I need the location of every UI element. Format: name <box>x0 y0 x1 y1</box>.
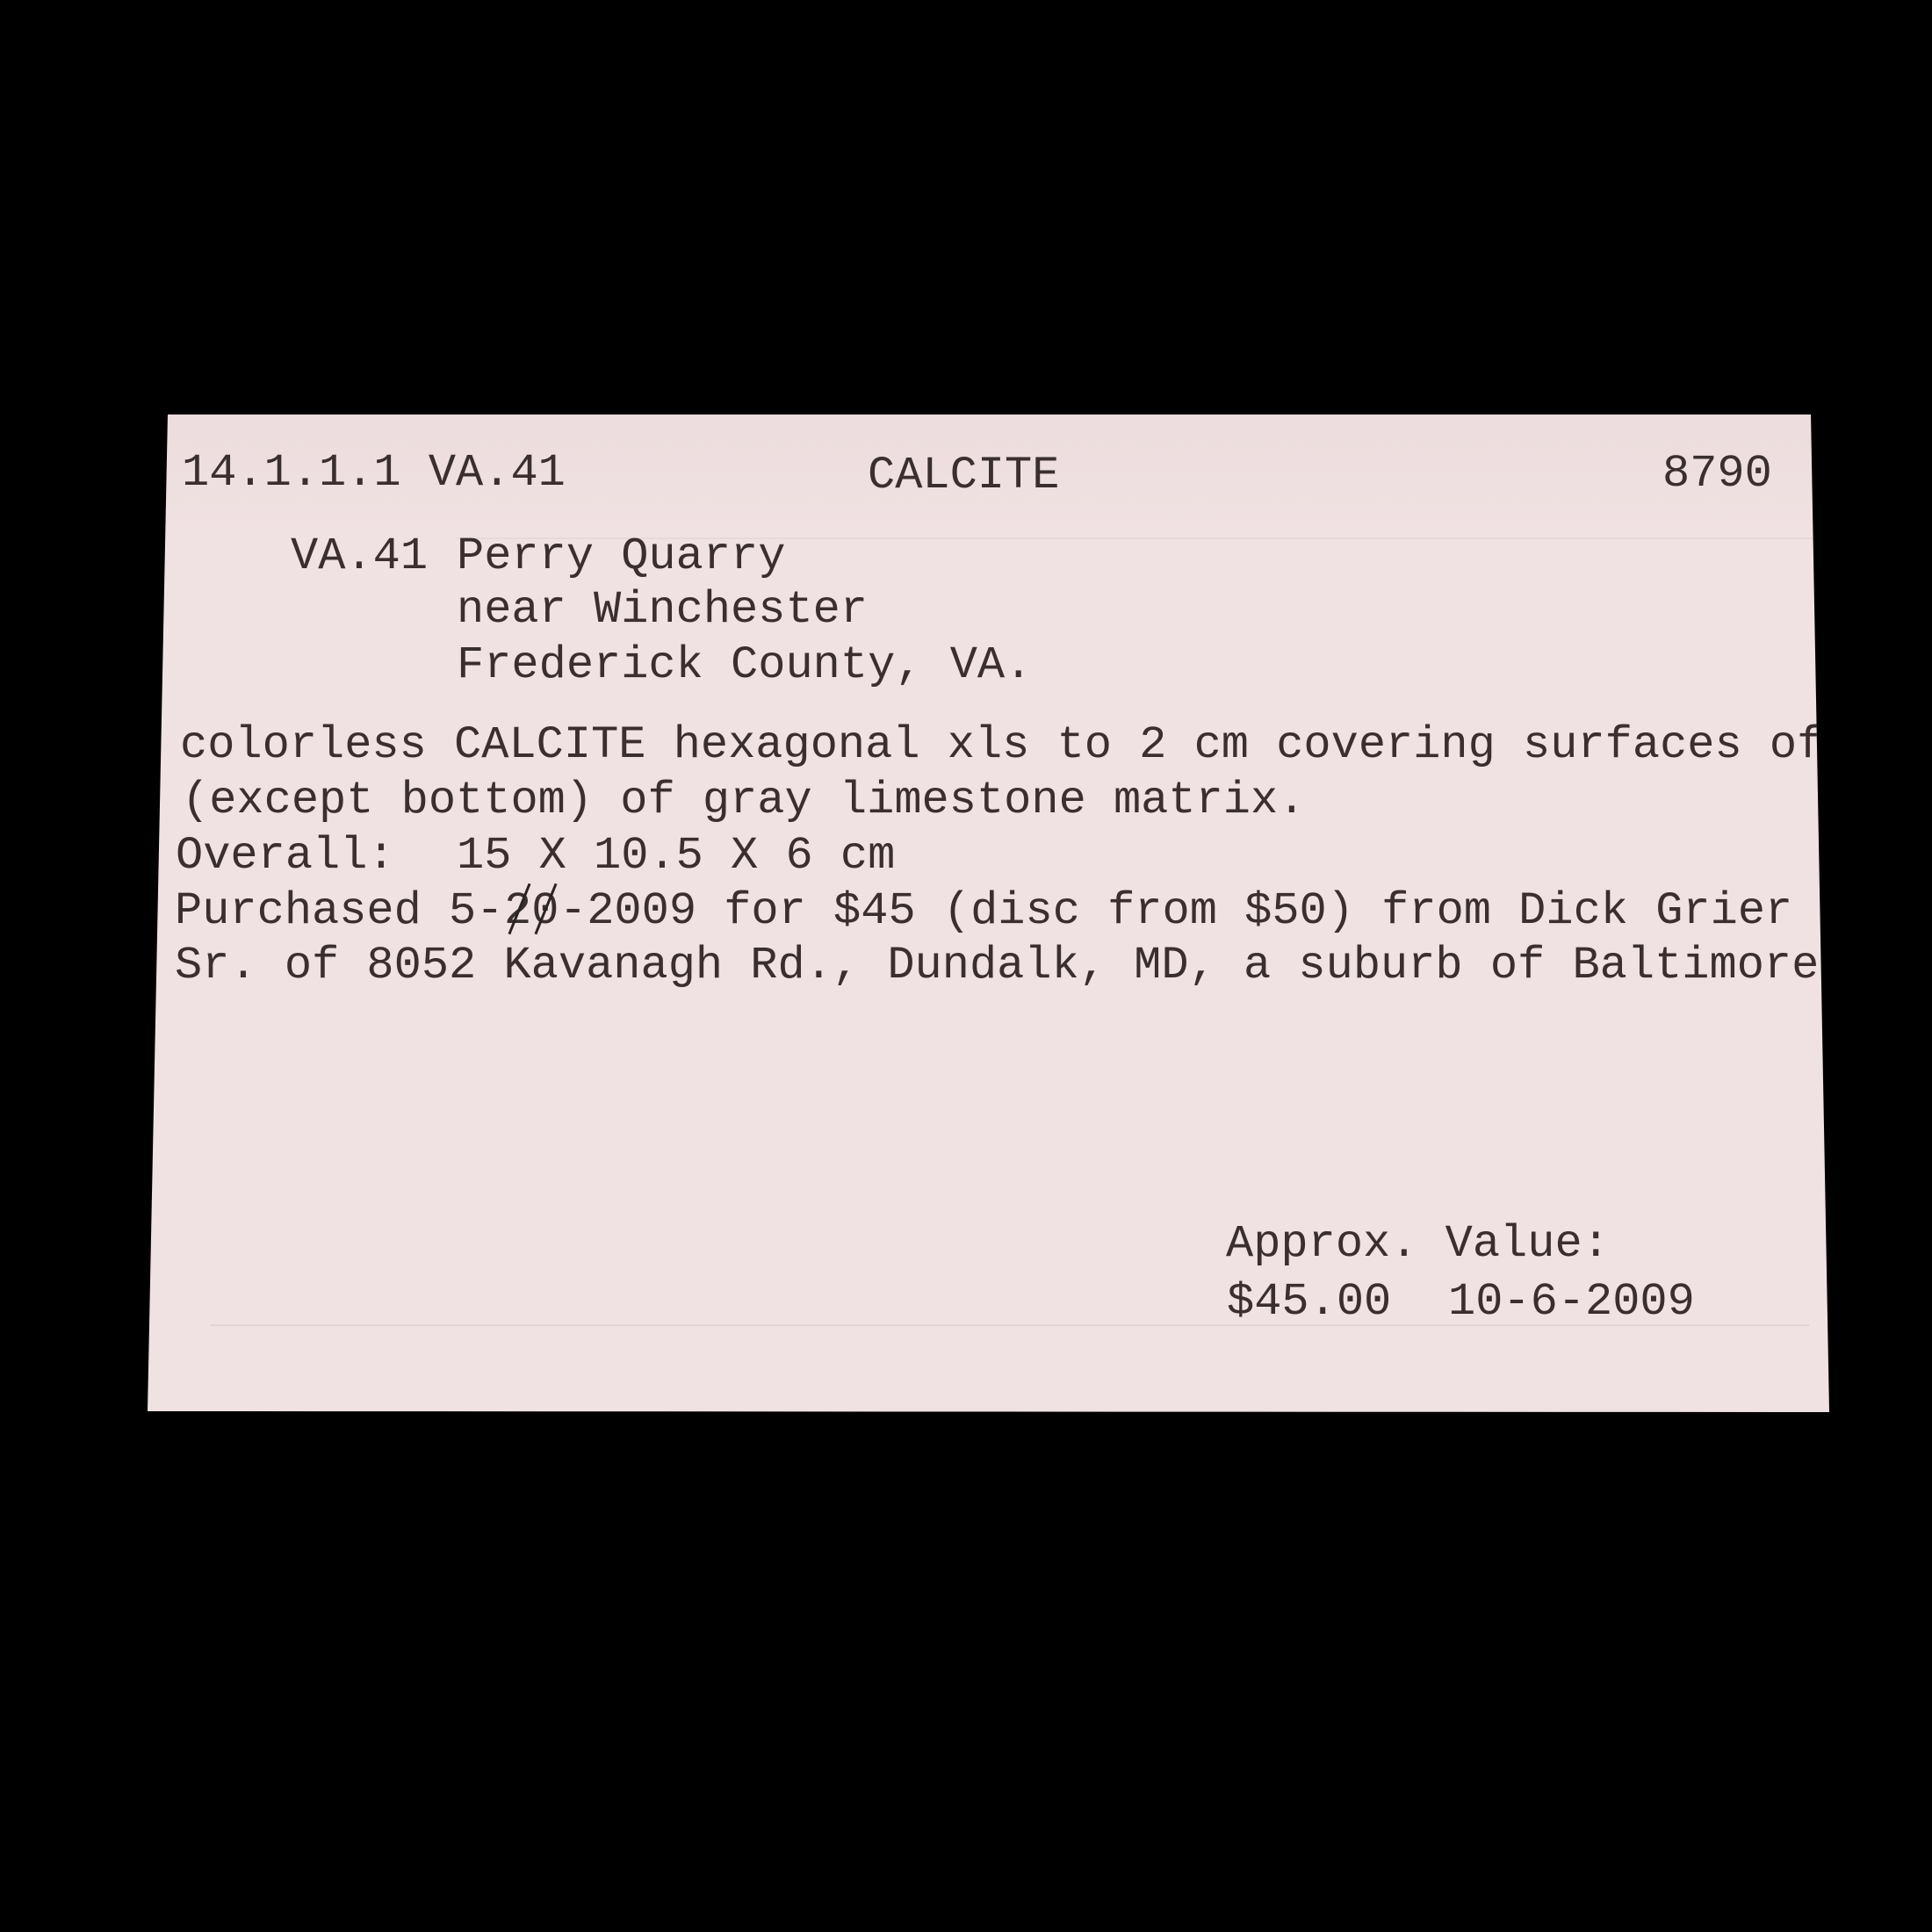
valuation-date: 10-6-2009 <box>1448 1280 1695 1325</box>
catalog-number: 8790 <box>1662 451 1772 497</box>
description-line-2: (except bottom) of gray limestone matrix… <box>182 778 1305 824</box>
size-label: Overall: <box>176 833 395 879</box>
valuation-label: Approx. Value: <box>1226 1222 1610 1267</box>
classification-code: 14.1.1.1 VA.41 <box>182 451 566 496</box>
mineral-name: CALCITE <box>868 453 1059 499</box>
locality-line-3: Frederick County, VA. <box>457 643 1032 688</box>
locality-line-2: near Winchester <box>457 588 868 633</box>
valuation-amount: $45.00 <box>1227 1280 1391 1325</box>
locality-line-1: Perry Quarry <box>457 534 785 580</box>
purchase-line-1-suffix: -2009 for $45 (disc from $50) from Dick … <box>559 889 1792 934</box>
card-text-area: 14.1.1.1 VA.41 CALCITE 8790 VA.41 Perry … <box>0 0 1932 1932</box>
purchase-line-1-prefix: Purchased 5- <box>175 889 503 934</box>
purchase-line-2: Sr. of 8052 Kavanagh Rd., Dundalk, MD, a… <box>175 943 1819 989</box>
size-value: 15 X 10.5 X 6 cm <box>457 833 895 879</box>
description-line-1: colorless CALCITE hexagonal xls to 2 cm … <box>180 723 1824 768</box>
locality-code: VA.41 <box>291 534 428 580</box>
